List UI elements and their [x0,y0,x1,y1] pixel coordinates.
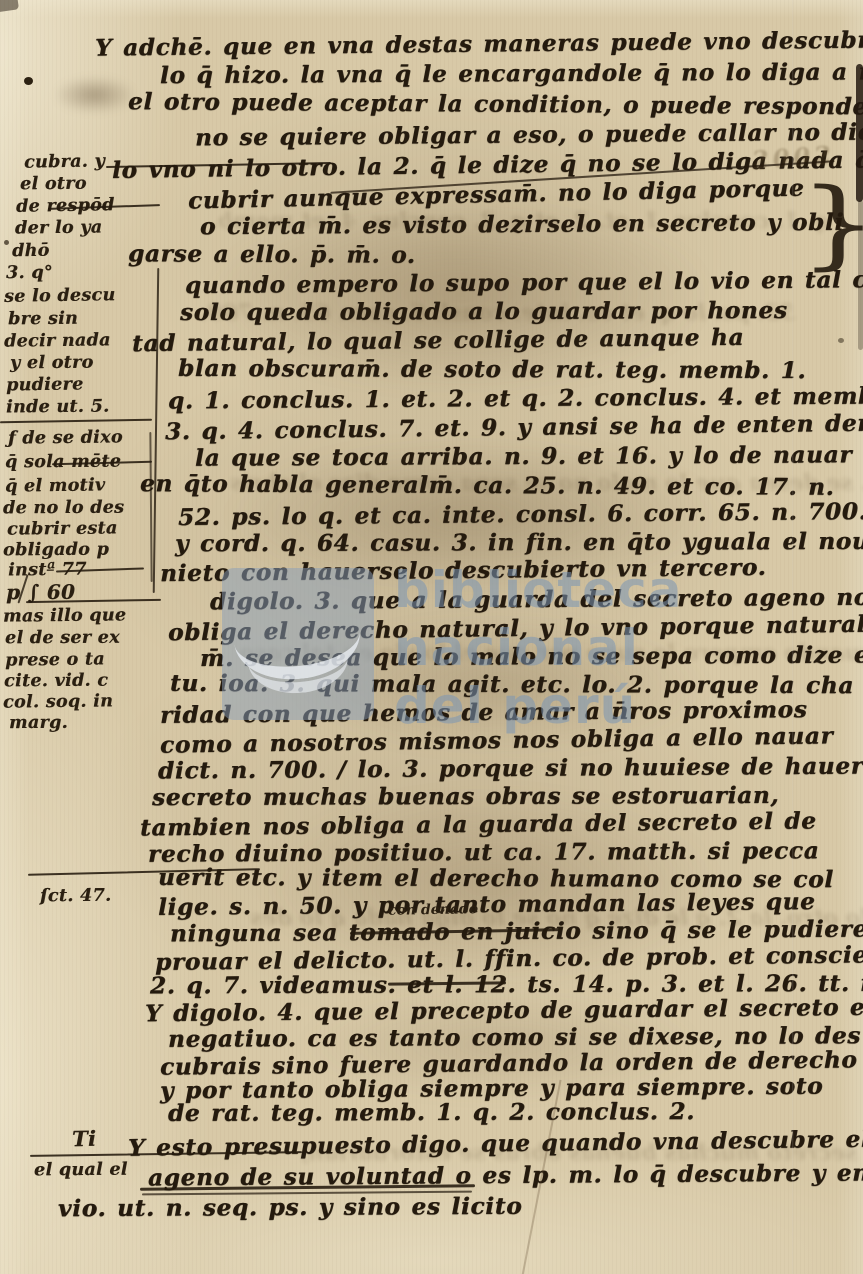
manuscript-page: q. 1. conclus. 1. et. 2. et q. 2. conclu… [0,0,863,1274]
manuscript-line: tad natural, lo qual se collige de aunqu… [132,324,744,357]
manuscript-line: nieto con hauerselo descubierto vn terce… [160,554,767,587]
pen-stroke [153,268,160,593]
margin-note: cubrir esta [7,518,118,539]
margin-note: col. soq. in [3,691,113,712]
manuscript-line: quando empero lo supo por que el lo vio … [185,266,863,299]
manuscript-line: de rat. teg. memb. 1. q. 2. conclus. 2. [168,1098,695,1127]
page-edge-shadow [856,64,863,202]
margin-note: pudiere [6,374,84,395]
margin-note: el qual el [34,1160,128,1181]
margin-note: ƒ de se dixo [8,427,123,448]
margin-note: cite. vid. c [4,671,108,692]
manuscript-line: la que se toca arriba. n. 9. et 16. y lo… [195,441,852,471]
manuscript-line: tu. ioa. 3. qui mala agit. etc. lo. 2. p… [170,670,854,699]
manuscript-line: tambien nos obliga a la guarda del secre… [140,807,817,841]
margin-note: mas illo que [3,605,126,626]
manuscript-line: Y adchē. que en vna destas maneras puede… [95,25,863,61]
margin-note: prese o ta [5,649,105,670]
margin-note: y el otro [10,353,94,374]
manuscript-line: vio. ut. n. seq. ps. y sino es licito [58,1193,523,1222]
manuscript-line: digolo. 3. que a la guarda del secreto a… [210,584,863,616]
margin-note: decir nada [4,330,111,351]
margin-note: bre sin [8,309,78,330]
page-edge-shadow [858,200,863,350]
manuscript-line: lo q̄ hizo. la vna q̄ le encargandole q̄… [160,58,863,89]
manuscript-line: 52. ps. lo q. et ca. inte. consl. 6. cor… [178,498,863,531]
manuscript-line: q. 1. conclus. 1. et. 2. et q. 2. conclu… [168,383,863,415]
margin-note: Ti [72,1126,97,1151]
margin-note: el de ser ex [5,628,120,649]
manuscript-line: y cord. q. 64. casu. 3. in fin. en q̄to … [175,528,863,558]
manuscript-line: dict. n. 700. / lo. 3. porque si no huui… [158,753,863,785]
margin-note: ſct. 47. [40,886,111,907]
margin-note: cubra. y [24,151,105,172]
margin-note: de no lo des [3,498,124,519]
margin-note: se lo descu [4,285,116,307]
margin-note: der lo ya [15,218,103,239]
ink-speck [24,77,33,85]
pen-stroke [0,419,152,424]
manuscript-line: garse a ello. p̄. m̄. o. [128,240,416,269]
margin-note: obligado p [3,540,109,561]
margin-note: marg. [9,713,68,733]
manuscript-line: o cierta m̄. es visto dezirselo en secre… [200,209,844,240]
page-corner-shadow [0,0,19,13]
manuscript-line: secreto muchas buenas obras se estoruari… [152,782,779,811]
margin-note: el otro [20,174,87,195]
margin-note: q̄ el motiv [5,475,106,496]
fold-crease [792,0,794,1274]
margin-note: inde ut. 5. [6,397,110,418]
margin-note: 3. q° [6,263,53,283]
ink-speck [4,240,9,245]
interline-note: con denado [388,901,478,919]
manuscript-line: m̄. se desea que lo malo no se sepa como… [200,641,863,672]
manuscript-line: el otro puede aceptar la condition, o pu… [128,88,863,121]
ink-speck [838,338,844,343]
manuscript-line: blan obscuram̄. de soto de rat. teg. mem… [178,355,806,384]
manuscript-line: en q̄to habla generalm̄. ca. 25. n. 49. … [140,470,835,501]
brace-mark: } [799,168,863,280]
manuscript-line: solo queda obligado a lo guardar por hon… [180,297,788,326]
margin-note: dhō [12,241,50,262]
manuscript-line: 3. q. 4. conclus. 7. et. 9. y ansi se ha… [165,410,863,446]
